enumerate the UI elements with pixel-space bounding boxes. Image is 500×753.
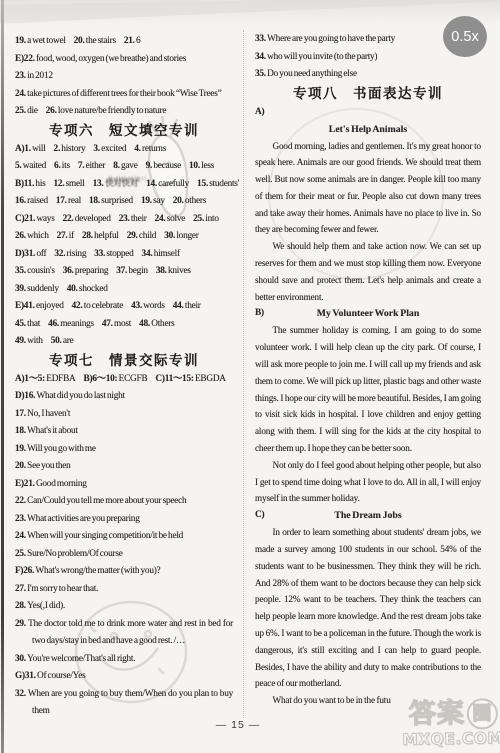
- answer-line: 27. I'm sorry to hear that.: [15, 581, 233, 599]
- answer-text: meanings: [59, 319, 94, 329]
- answer-number: 15.: [197, 179, 208, 189]
- answer-text: take pictures of different trees for the…: [26, 89, 222, 99]
- intro-answers: 19. a wet towel20. the stairs21. 6E)22. …: [15, 33, 233, 121]
- page-spine-shadow: [1, 0, 4, 753]
- answer-number: 40.: [67, 284, 78, 294]
- answer-number: A)1.: [15, 144, 31, 154]
- answer-number: 49.: [15, 336, 26, 346]
- answer-text: EBGDA: [194, 374, 226, 384]
- answer-line: 33. Where are you going to have the part…: [255, 31, 481, 49]
- answer-number: 25.: [15, 106, 26, 116]
- answer-text: to celebrate: [83, 301, 124, 311]
- section-heading-8: 专项八 书面表达专训: [255, 84, 481, 104]
- answer-text: if: [68, 231, 74, 241]
- answer-text: real: [67, 196, 81, 206]
- answer-line: 17. No, I haven't: [15, 406, 233, 424]
- answer-text: the stairs: [85, 36, 116, 46]
- answer-text: surprised: [100, 196, 133, 206]
- answer-line: 25. Sure/No problem/Of course: [15, 546, 233, 564]
- answer-line: 39. suddenly40. shocked: [15, 281, 233, 299]
- essay-b-title-row: B) My Volunteer Work Plan: [255, 305, 481, 322]
- answer-text: their: [184, 301, 201, 311]
- answer-line: D)16. What did you do last night: [15, 388, 233, 406]
- answer-line: 23. What activities are you preparing: [15, 511, 233, 529]
- answer-text: food, wood, oxygen (we breathe) and stor…: [35, 54, 186, 64]
- answer-number: G)31.: [15, 671, 36, 681]
- answer-number: 25.: [15, 549, 26, 559]
- answer-number: 26.: [15, 231, 26, 241]
- answer-number: 14.: [146, 179, 157, 189]
- answer-text: cousin's: [26, 266, 55, 276]
- essay-paragraph: The summer holiday is coming. I am going…: [255, 322, 481, 456]
- answer-text: When will your singing competition/it be…: [26, 531, 183, 541]
- answer-text: off: [35, 249, 46, 259]
- answer-text: helpful: [93, 231, 119, 241]
- answer-number: 34.: [255, 52, 266, 62]
- answer-number: 16.: [15, 196, 26, 206]
- answer-number: B)6～10:: [84, 374, 118, 384]
- answer-line: 49. with50. are: [15, 333, 233, 351]
- essay-paragraph: In order to learn something about studen…: [255, 524, 481, 692]
- answer-text: shocked: [78, 284, 108, 294]
- answer-line: 24. When will your singing competition/i…: [15, 528, 233, 546]
- answer-text: preparing: [74, 266, 109, 276]
- answer-text: himself: [152, 249, 179, 259]
- answer-line: A)1. will2. history3. excited4. returns: [15, 141, 233, 159]
- answer-number: 20.: [15, 461, 26, 471]
- answer-number: C)11～15:: [155, 374, 193, 384]
- answer-text: returns: [141, 144, 166, 154]
- answer-text: its: [61, 161, 70, 171]
- answer-text: love nature/be friendly to nature: [57, 106, 167, 116]
- answer-text: that: [26, 319, 40, 329]
- answer-number: 29.: [127, 231, 138, 241]
- answer-number: 34.: [142, 249, 153, 259]
- answer-text: solve: [166, 214, 186, 224]
- section-heading-7: 专项七 情景交际专训: [15, 351, 233, 371]
- answer-number: 47.: [102, 319, 113, 329]
- answer-number: E)41.: [15, 301, 35, 311]
- answer-number: 35.: [255, 69, 266, 79]
- answer-line: 28. Yes(,I did).: [15, 598, 233, 616]
- answer-number: 19.: [15, 444, 26, 454]
- answer-text: When are you going to buy them/When do y…: [26, 689, 233, 717]
- essay-b-title: My Volunteer Work Plan: [255, 305, 481, 322]
- answer-line: 22. Can/Could you tell me more about you…: [15, 493, 233, 511]
- answer-text: his: [34, 179, 45, 189]
- answer-text: excited: [100, 144, 126, 154]
- answer-number: 18.: [15, 426, 26, 436]
- answer-text: gave: [120, 161, 138, 171]
- answer-text: are: [62, 336, 74, 346]
- answer-text: Where are you going to have the party: [266, 34, 395, 44]
- answer-line: 32. When are you going to buy them/When …: [15, 686, 233, 721]
- answer-text: 6: [135, 36, 141, 46]
- answer-line: 19. Will you go with me: [15, 441, 233, 459]
- answer-text: What's it about: [26, 426, 78, 436]
- answer-line: 20. See you then: [15, 458, 233, 476]
- answer-number: 12.: [54, 179, 65, 189]
- answer-text: The doctor told me to drink more water a…: [26, 619, 233, 647]
- left-column: 19. a wet towel20. the stairs21. 6E)22. …: [15, 33, 233, 721]
- answer-text: most: [113, 319, 131, 329]
- answer-text: ways: [35, 214, 54, 224]
- answer-number: 17.: [56, 196, 67, 206]
- answer-number: 23.: [119, 214, 130, 224]
- answer-number: 17.: [15, 409, 26, 419]
- answer-line: G)31. Of course/Yes: [15, 668, 233, 686]
- answer-number: C)21.: [15, 214, 35, 224]
- answer-number: 36.: [63, 266, 74, 276]
- answer-number: 32.: [15, 689, 26, 699]
- answer-text: begin: [127, 266, 148, 276]
- column-divider: [243, 30, 244, 718]
- answer-line: C)21. ways22. developed23. their24. solv…: [15, 211, 233, 229]
- answer-text: carefully: [157, 179, 189, 189]
- answer-text: EDFBA: [45, 374, 76, 384]
- answer-text: What did you do last night: [35, 391, 125, 401]
- answer-number: 23.: [15, 514, 26, 524]
- answer-text: Sure/No problem/Of course: [26, 549, 123, 559]
- answer-number: 33.: [94, 249, 105, 259]
- answer-number: D)31.: [15, 249, 35, 259]
- answer-text: Good morning: [35, 479, 87, 489]
- answer-number: 27.: [57, 231, 68, 241]
- answer-number: 42.: [72, 301, 83, 311]
- answer-number: 35.: [15, 266, 26, 276]
- answer-number: 23.: [15, 71, 26, 81]
- answer-line: F)26. What's wrong/the matter (with you)…: [15, 563, 233, 581]
- answer-text: less: [200, 161, 214, 171]
- essay-paragraph: Good morning, ladies and gentlemen. It's…: [255, 138, 481, 239]
- answer-number: 28.: [82, 231, 93, 241]
- answer-text: Others: [150, 319, 175, 329]
- answer-number: B)11.: [15, 179, 34, 189]
- essay-c-title: The Dream Jobs: [255, 507, 481, 524]
- answer-number: 46.: [48, 319, 59, 329]
- answer-text: who will you invite (to the party): [266, 52, 377, 62]
- answer-site-logo: 答案圈 MXQE.COM: [402, 698, 499, 748]
- answer-text: enjoyed: [35, 301, 64, 311]
- answer-text: raised: [26, 196, 48, 206]
- answer-text: words: [142, 301, 165, 311]
- answer-text: suddenly: [26, 284, 59, 294]
- answer-line: 30. You're welcome/That's all right.: [15, 651, 233, 669]
- watermark-obscured-answer: 快对快对: [103, 179, 138, 189]
- answer-text: Of course/Yes: [36, 671, 86, 681]
- answer-line: 25. die26. love nature/be friendly to na…: [15, 103, 233, 121]
- answer-number: 44.: [173, 301, 184, 311]
- answer-line: 26. which27. if28. helpful29. child30. l…: [15, 228, 233, 246]
- answer-number: 24.: [15, 89, 26, 99]
- answer-number: 19.: [15, 36, 26, 46]
- answer-number: 37.: [116, 266, 127, 276]
- answer-line: 24. take pictures of different trees for…: [15, 86, 233, 104]
- answer-number: 18.: [89, 196, 100, 206]
- answer-number: A)1～5:: [15, 374, 45, 384]
- answer-line: D)31. off32. rising33. stopped34. himsel…: [15, 246, 233, 264]
- answer-text: either: [84, 161, 105, 171]
- answer-number: 25.: [193, 214, 204, 224]
- answer-number: 24.: [155, 214, 166, 224]
- answer-number: 30.: [15, 654, 26, 664]
- essay-a-title: Let's Help Animals: [255, 121, 481, 138]
- section-7-answers: A)1～5: EDFBAB)6～10: ECGFBC)11～15: EBGDAD…: [15, 371, 233, 721]
- answer-number: 10.: [189, 161, 200, 171]
- answer-number: 45.: [15, 319, 26, 329]
- scanned-answer-page: 快对快对快对 0.5x 19. a wet towel20. the stair…: [0, 0, 500, 753]
- answer-number: 24.: [15, 531, 26, 541]
- right-column: 33. Where are you going to have the part…: [255, 31, 481, 709]
- answer-line: 45. that46. meanings47. most48. Others: [15, 316, 233, 334]
- logo-circled-char: 圈: [467, 698, 499, 730]
- answer-text: history: [60, 144, 85, 154]
- essay-a-label: A): [255, 104, 481, 121]
- answer-text: ECGFB: [117, 374, 147, 384]
- answer-text: Yes(,I did).: [26, 601, 65, 611]
- answer-text: waited: [21, 161, 46, 171]
- answer-text: because: [152, 161, 181, 171]
- answer-number: E)22.: [15, 54, 35, 64]
- answer-line: 35. Do you need anything else: [255, 66, 481, 84]
- answer-text: smell: [64, 179, 84, 189]
- logo-url-text: MXQE.COM: [402, 731, 498, 748]
- answer-number: D)16.: [15, 391, 35, 401]
- answer-number: 50.: [51, 336, 62, 346]
- answer-text: knives: [167, 266, 191, 276]
- answer-line: B)11. his12. smell13. 快对快对14. carefully1…: [15, 176, 233, 194]
- answer-line: 35. cousin's36. preparing37. begin38. kn…: [15, 263, 233, 281]
- answer-text: longer: [175, 231, 199, 241]
- essay-c-title-row: C) The Dream Jobs: [255, 507, 481, 524]
- answer-number: 22.: [15, 496, 26, 506]
- answer-text: into: [204, 214, 219, 224]
- answer-number: 38.: [156, 266, 167, 276]
- answer-text: Can/Could you tell me more about your sp…: [26, 496, 187, 506]
- answer-line: 19. a wet towel20. the stairs21. 6: [15, 33, 233, 51]
- answer-line: 16. raised17. real18. surprised19. say20…: [15, 193, 233, 211]
- answer-text: which: [26, 231, 49, 241]
- essay-b-label: B): [255, 305, 264, 323]
- answer-text: You're welcome/That's all right.: [26, 654, 135, 664]
- answer-number: 33.: [255, 34, 266, 44]
- answer-number: 48.: [139, 319, 150, 329]
- answer-number: 21.: [124, 36, 135, 46]
- section-6-answers: A)1. will2. history3. excited4. returns5…: [15, 141, 233, 351]
- answer-text: with: [26, 336, 43, 346]
- section-heading-6: 专项六 短文填空专训: [15, 121, 233, 141]
- answer-line: 23. in 2012: [15, 68, 233, 86]
- essay-paragraph: We should help them and take action now.…: [255, 238, 481, 305]
- answer-number: E)21.: [15, 479, 35, 489]
- answer-text: die: [26, 106, 38, 116]
- answer-text: What activities are you preparing: [26, 514, 140, 524]
- answer-line: E)22. food, wood, oxygen (we breathe) an…: [15, 51, 233, 69]
- answer-line: A)1～5: EDFBAB)6～10: ECGFBC)11～15: EBGDA: [15, 371, 233, 389]
- essay-c-label: C): [255, 507, 264, 525]
- answer-text: rising: [65, 249, 86, 259]
- answer-line: E)21. Good morning: [15, 476, 233, 494]
- answer-text: See you then: [26, 461, 71, 471]
- answer-number: 13.: [93, 179, 104, 189]
- answer-text: say: [152, 196, 165, 206]
- answer-text: child: [138, 231, 157, 241]
- answer-number: 22.: [63, 214, 74, 224]
- answer-line: 34. who will you invite (to the party): [255, 49, 481, 67]
- answer-text: developed: [73, 214, 110, 224]
- answer-text: in 2012: [26, 71, 53, 81]
- answer-text: students': [208, 179, 239, 189]
- answer-text: a wet towel: [26, 36, 66, 46]
- answer-number: 20.: [74, 36, 85, 46]
- logo-han-text: 答案圈: [409, 697, 499, 730]
- answer-number: 32.: [54, 249, 65, 259]
- answer-text: others: [184, 196, 207, 206]
- answer-number: 29.: [15, 619, 26, 629]
- answer-number: 30.: [164, 231, 175, 241]
- answer-text: their: [130, 214, 147, 224]
- answer-text: I'm sorry to hear that.: [26, 584, 98, 594]
- answer-text: No, I haven't: [26, 409, 70, 419]
- answer-number: 39.: [15, 284, 26, 294]
- answer-text: What's wrong/the matter (with you)?: [34, 566, 160, 576]
- answer-number: 19.: [141, 196, 152, 206]
- answer-text: Will you go with me: [26, 444, 96, 454]
- answer-number: 26.: [46, 106, 57, 116]
- answer-number: 28.: [15, 601, 26, 611]
- answer-text: Do you need anything else: [266, 69, 357, 79]
- answer-number: F)26.: [15, 566, 34, 576]
- answer-line: 18. What's it about: [15, 423, 233, 441]
- answer-line: 29. The doctor told me to drink more wat…: [15, 616, 233, 651]
- answer-text: will: [31, 144, 46, 154]
- section-7-answers-continued: 33. Where are you going to have the part…: [255, 31, 481, 84]
- essay-paragraph: Not only do I feel good about helping ot…: [255, 457, 481, 507]
- answer-number: 43.: [131, 301, 142, 311]
- answer-text: stopped: [105, 249, 133, 259]
- answer-number: 27.: [15, 584, 26, 594]
- scan-top-edge: [0, 0, 500, 26]
- answer-line: E)41. enjoyed42. to celebrate43. words44…: [15, 298, 233, 316]
- answer-number: 20.: [173, 196, 184, 206]
